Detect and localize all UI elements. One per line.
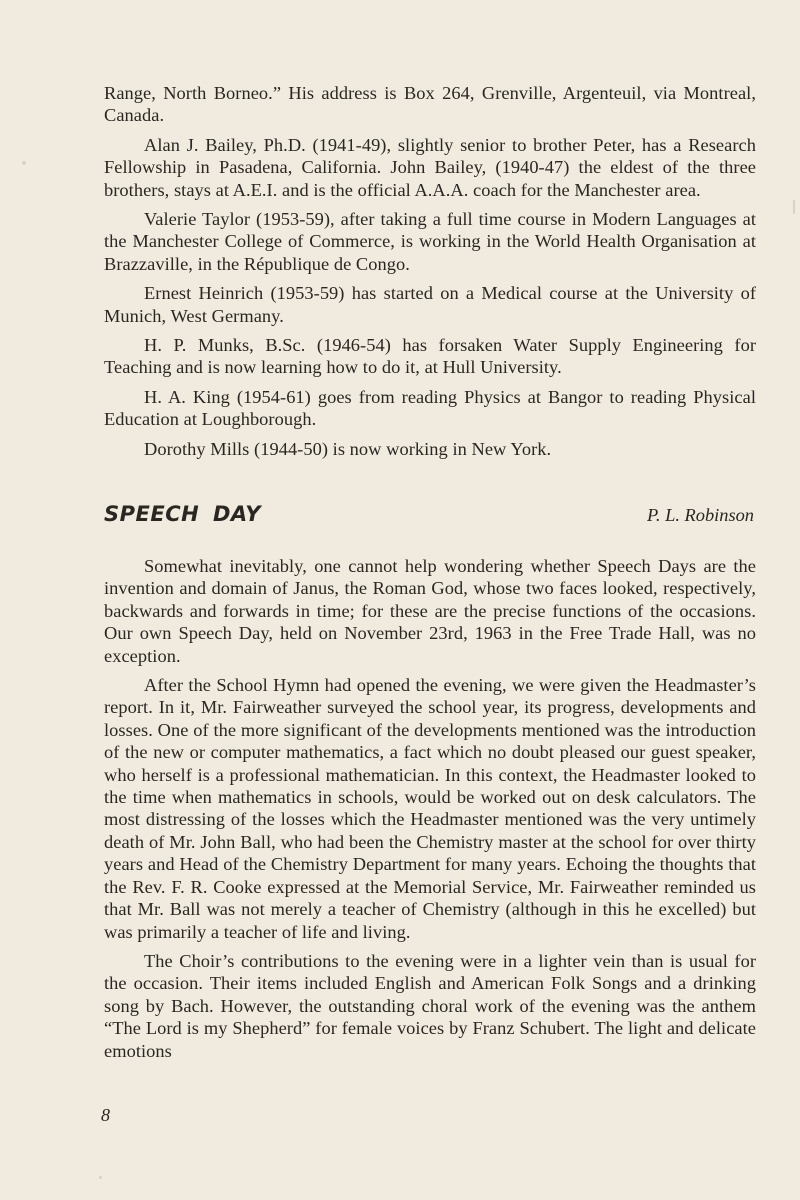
previous-article-continuation: Range, North Borneo.” His address is Box… <box>104 82 756 460</box>
paragraph-ernest-heinrich: Ernest Heinrich (1953-59) has started on… <box>104 282 756 327</box>
paragraph-hp-munks: H. P. Munks, B.Sc. (1946-54) has forsake… <box>104 334 756 379</box>
paragraph-valerie-taylor: Valerie Taylor (1953-59), after taking a… <box>104 208 756 275</box>
paragraph-ha-king: H. A. King (1954-61) goes from reading P… <box>104 386 756 431</box>
page-number: 8 <box>101 1105 110 1126</box>
scan-speck <box>793 200 795 214</box>
section-title: SPEECH DAY <box>104 502 261 526</box>
paragraph-headmaster-report: After the School Hymn had opened the eve… <box>104 674 756 943</box>
paragraph-alan-bailey: Alan J. Bailey, Ph.D. (1941-49), slightl… <box>104 134 756 201</box>
speech-day-article: Somewhat inevitably, one cannot help won… <box>104 555 756 1062</box>
paragraph-borneo-address: Range, North Borneo.” His address is Box… <box>104 82 756 127</box>
scan-speck <box>99 1176 102 1179</box>
scan-speck <box>22 161 26 165</box>
paragraph-choir: The Choir’s contributions to the evening… <box>104 950 756 1062</box>
section-header: SPEECH DAY P. L. Robinson <box>104 502 756 532</box>
paragraph-dorothy-mills: Dorothy Mills (1944-50) is now working i… <box>104 438 756 460</box>
paragraph-janus: Somewhat inevitably, one cannot help won… <box>104 555 756 667</box>
section-author: P. L. Robinson <box>647 505 754 526</box>
